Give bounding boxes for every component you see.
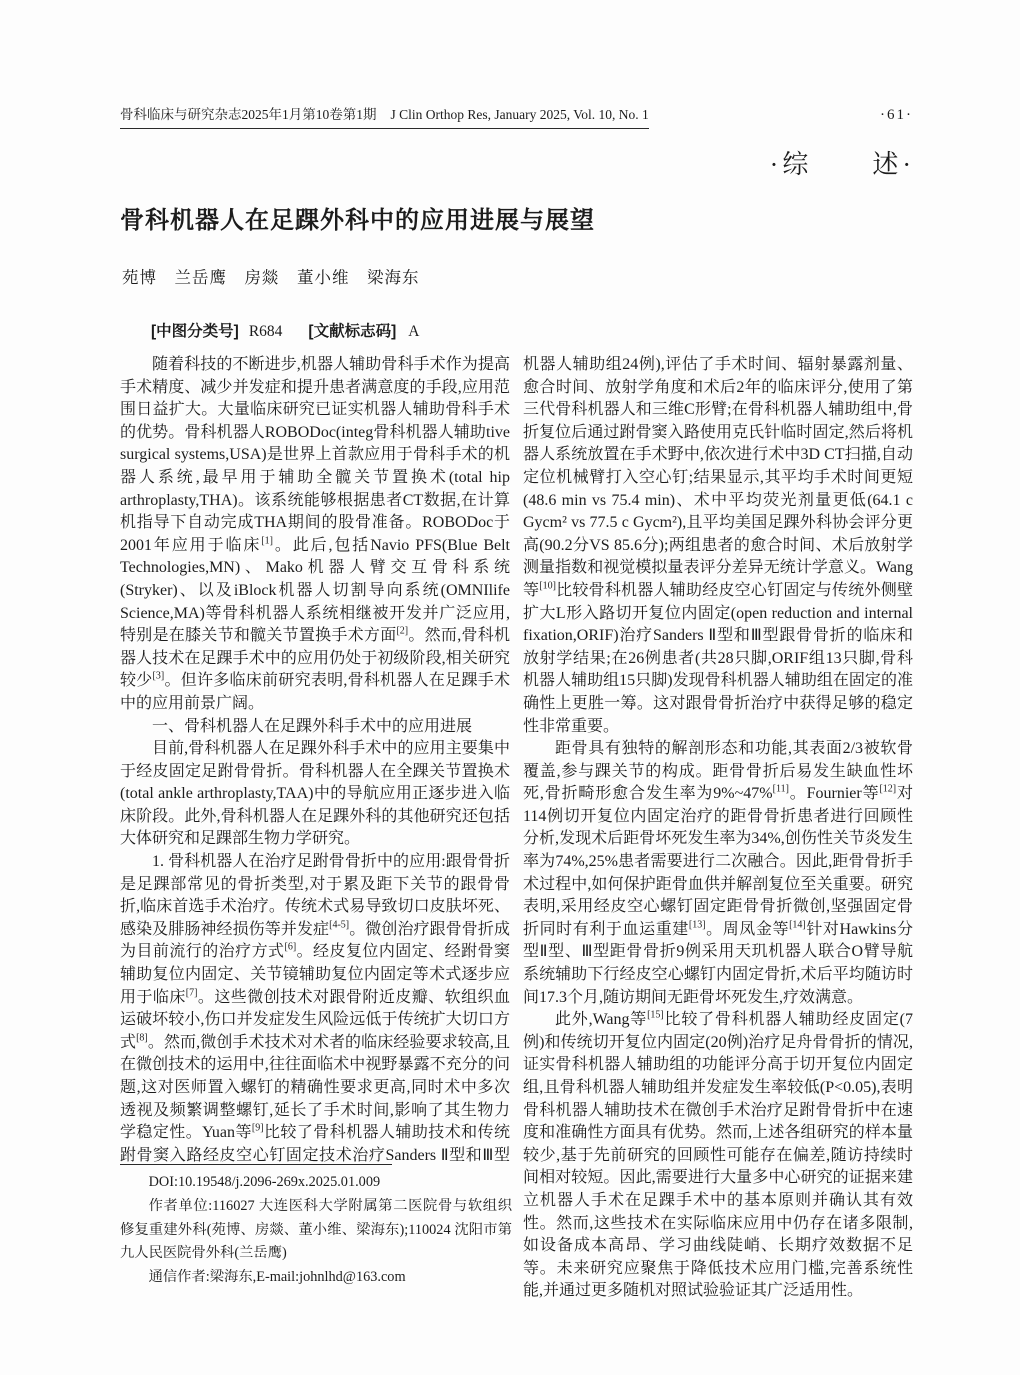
footnote-rule [120,1164,392,1165]
right-column: 机器人辅助组24例),评估了手术时间、辐射暴露剂量、愈合时间、放射学角度和术后2… [523,354,913,1312]
classification-line: [中图分类号]R684[文献标志码]A [120,319,419,341]
article-title: 骨科机器人在足踝外科中的应用进展与展望 [120,200,595,235]
page-number: ·61· [880,106,913,124]
doc-code-value: A [408,323,419,340]
clc-number-label: [中图分类号] [151,323,239,340]
left-column: 随着科技的不断进步,机器人辅助骨科手术作为提高手术精度、减少并发症和提升患者满意… [120,354,510,1164]
journal-title-cn: 骨科临床与研究杂志2025年1月第10卷第1期 [120,107,377,122]
paragraph-tarsal-fracture: 1. 骨科机器人在治疗足跗骨骨折中的应用:跟骨骨折是足踝部常见的骨折类型,对于累… [120,851,510,1164]
journal-page: 骨科临床与研究杂志2025年1月第10卷第1期J Clin Orthop Res… [0,0,1020,1375]
column-section-label: ·综 述· [770,144,915,181]
journal-title-en: J Clin Orthop Res, January 2025, Vol. 10… [391,107,649,122]
correspondence-line: 通信作者:梁海东,E-mail:johnlhd@163.com [120,1266,512,1290]
section-heading-1: 一、骨科机器人在足踝外科手术中的应用进展 [120,716,510,739]
affiliation-line: 作者单位:116027 大连医科大学附属第二医院骨与软组织修复重建外科(苑博、房… [120,1195,512,1266]
doi-line: DOI:10.19548/j.2096-269x.2025.01.009 [120,1171,512,1195]
paragraph-intro: 随着科技的不断进步,机器人辅助骨科手术作为提高手术精度、减少并发症和提升患者满意… [120,354,510,716]
clc-number-value: R684 [249,323,283,340]
paragraph-navicular-outlook: 此外,Wang等[15]比较了骨科机器人辅助经皮固定(7例)和传统切开复位内固定… [523,1009,913,1303]
paragraph-talus: 距骨具有独特的解剖形态和功能,其表面2/3被软骨覆盖,参与踝关节的构成。距骨骨折… [523,738,913,1009]
page-header: 骨科临床与研究杂志2025年1月第10卷第1期J Clin Orthop Res… [120,106,913,129]
first-page-footnote: DOI:10.19548/j.2096-269x.2025.01.009 作者单… [120,1164,512,1290]
author-list: 苑博 兰岳鹰 房燚 董小维 梁海东 [122,264,420,288]
paragraph-overview: 目前,骨科机器人在足踝外科手术中的应用主要集中于经皮固定足跗骨骨折。骨科机器人在… [120,738,510,851]
doc-code-label: [文献标志码] [308,323,396,340]
paragraph-tarsal-fracture-cont: 机器人辅助组24例),评估了手术时间、辐射暴露剂量、愈合时间、放射学角度和术后2… [523,354,913,738]
journal-masthead: 骨科临床与研究杂志2025年1月第10卷第1期J Clin Orthop Res… [120,106,649,129]
